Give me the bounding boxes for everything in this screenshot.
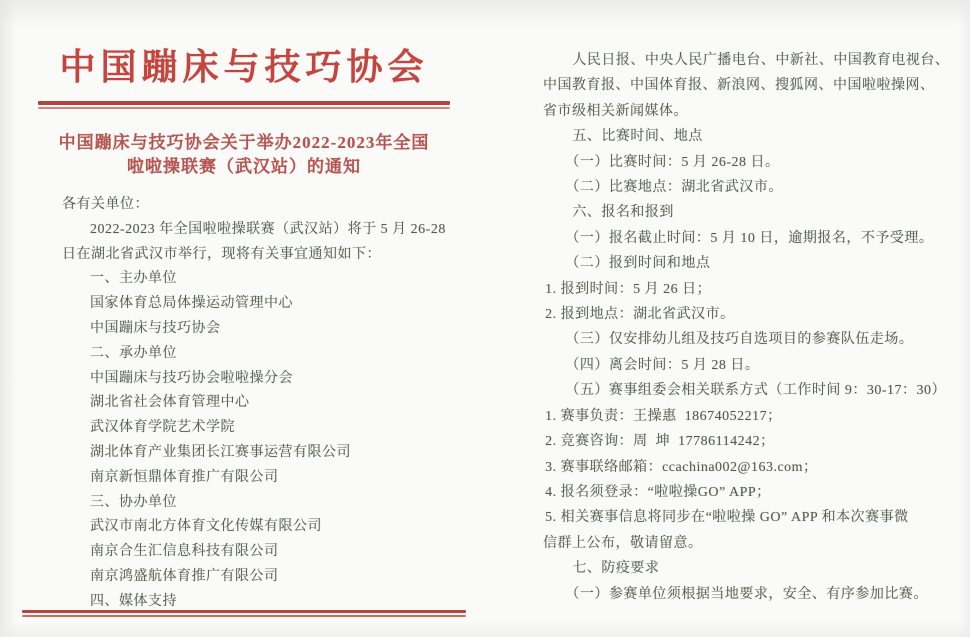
- body-line: 武汉体育学院艺术学院: [62, 416, 450, 441]
- left-body-lines: 各有关单位：2022-2023 年全国啦啦操联赛（武汉站）将于 5 月 26-2…: [38, 193, 450, 615]
- photo-edge-left: [0, 0, 16, 637]
- body-line: （一）比赛时间：5 月 26-28 日。: [543, 150, 955, 175]
- right-body-lines: 人民日报、中央人民广播电台、中新社、中国教育电视台、中国教育报、中国体育报、新浪…: [543, 48, 955, 607]
- body-line: （一）参赛单位须根据当地要求，安全、有序参加比赛。: [543, 582, 955, 607]
- body-line: 中国蹦床与技巧协会: [62, 317, 450, 342]
- body-line: （四）离会时间：5 月 28 日。: [543, 353, 955, 378]
- doc-title-line-1: 中国蹦床与技巧协会关于举办2022-2023年全国: [38, 131, 450, 155]
- header-double-rule: [38, 101, 450, 109]
- body-line: 4. 报名须登录：“啦啦操GO” APP；: [543, 480, 955, 505]
- left-page: 中国蹦床与技巧协会 中国蹦床与技巧协会关于举办2022-2023年全国 啦啦操联…: [38, 46, 450, 615]
- body-line: 湖北省社会体育管理中心: [62, 391, 450, 416]
- body-line: 2022-2023 年全国啦啦操联赛（武汉站）将于 5 月 26-28: [62, 218, 450, 243]
- doc-title: 中国蹦床与技巧协会关于举办2022-2023年全国 啦啦操联赛（武汉站）的通知: [38, 131, 450, 179]
- body-line: （一）报名截止时间：5 月 10 日，逾期报名，不予受理。: [543, 226, 955, 251]
- body-line: 2. 报到地点：湖北省武汉市。: [543, 302, 955, 327]
- body-line: 中国教育报、中国体育报、新浪网、搜狐网、中国啦啦操网、: [543, 73, 955, 98]
- photo-edge-bottom: [0, 621, 970, 637]
- footer-rule-thin: [22, 615, 466, 617]
- photo-edge-right: [958, 0, 970, 637]
- body-line: 人民日报、中央人民广播电台、中新社、中国教育电视台、: [543, 48, 955, 73]
- body-line: （二）比赛地点：湖北省武汉市。: [543, 175, 955, 200]
- body-line: 日在湖北省武汉市举行，现将有关事宜通知如下：: [62, 243, 450, 268]
- body-line: （五）赛事组委会相关联系方式（工作时间 9：30-17：30）: [543, 378, 955, 403]
- body-line: 中国蹦床与技巧协会啦啦操分会: [62, 367, 450, 392]
- header-rule-thin: [38, 107, 450, 109]
- body-line: 南京合生汇信息科技有限公司: [62, 540, 450, 565]
- body-line: 二、承办单位: [62, 342, 450, 367]
- body-line: 湖北体育产业集团长江赛事运营有限公司: [62, 441, 450, 466]
- body-line: 省市级相关新闻媒体。: [543, 99, 955, 124]
- footer-rule-thick: [22, 610, 466, 613]
- body-line: 2. 竞赛咨询：周 坤 17786114242；: [543, 429, 955, 454]
- body-line: 信群上公布，敬请留意。: [543, 531, 955, 556]
- photo-edge-top: [0, 0, 970, 28]
- page-footer-rule: [22, 610, 466, 617]
- body-line: 5. 相关赛事信息将同步在“啦啦操 GO” APP 和本次赛事微: [543, 505, 955, 530]
- document-photo: { "colors": { "accent_red": "#c2463f", "…: [0, 0, 970, 637]
- body-line: 南京鸿盛航体育推广有限公司: [62, 565, 450, 590]
- body-line: 五、比赛时间、地点: [543, 124, 955, 149]
- body-line: （二）报到时间和地点: [543, 251, 955, 276]
- body-line: 1. 报到时间：5 月 26 日；: [543, 277, 955, 302]
- body-line: 1. 赛事负责：王操惠 18674052217；: [543, 404, 955, 429]
- body-line: 3. 赛事联络邮箱：ccachina002@163.com；: [543, 455, 955, 480]
- body-line: 一、主办单位: [62, 267, 450, 292]
- right-page: 人民日报、中央人民广播电台、中新社、中国教育电视台、中国教育报、中国体育报、新浪…: [543, 48, 955, 607]
- header-rule-thick: [38, 101, 450, 105]
- body-line: （三）仅安排幼儿组及技巧自选项目的参赛队伍走场。: [543, 327, 955, 352]
- body-line: 各有关单位：: [62, 193, 450, 218]
- body-line: 武汉市南北方体育文化传媒有限公司: [62, 515, 450, 540]
- org-title: 中国蹦床与技巧协会: [38, 46, 450, 89]
- body-line: 南京新恒鼎体育推广有限公司: [62, 466, 450, 491]
- body-line: 三、协办单位: [62, 491, 450, 516]
- body-line: 国家体育总局体操运动管理中心: [62, 292, 450, 317]
- doc-title-line-2: 啦啦操联赛（武汉站）的通知: [38, 155, 450, 179]
- body-line: 七、防疫要求: [543, 556, 955, 581]
- body-line: 六、报名和报到: [543, 200, 955, 225]
